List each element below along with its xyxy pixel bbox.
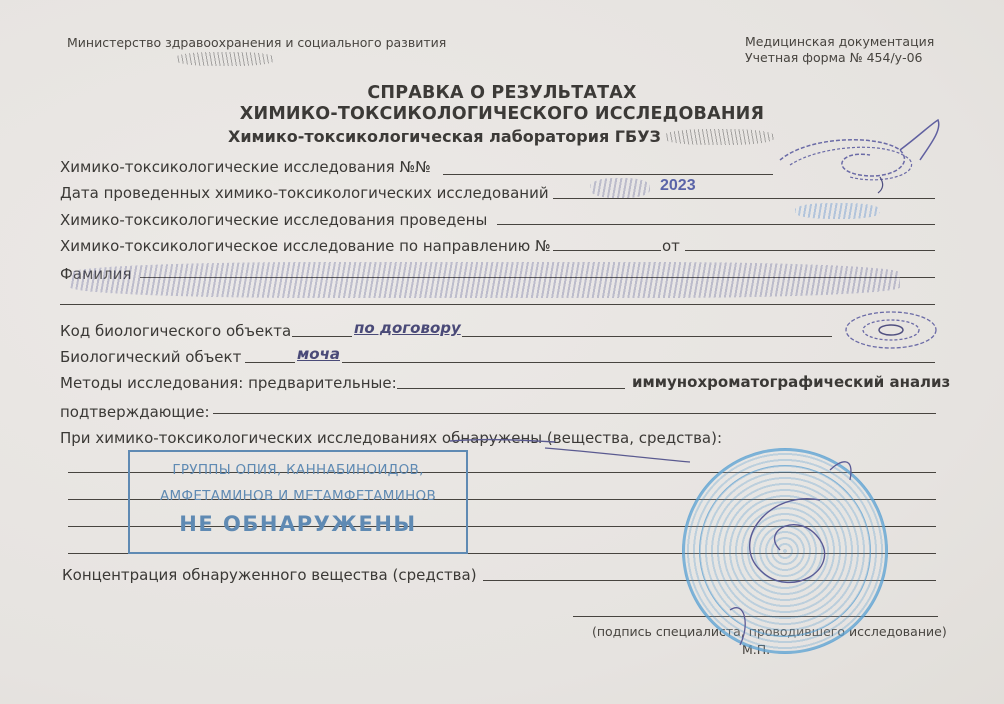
referral-number-field[interactable] bbox=[553, 250, 661, 251]
bio-object-code-field[interactable] bbox=[462, 336, 832, 337]
ministry-header: Министерство здравоохранения и социально… bbox=[67, 35, 446, 50]
research-numbers-field[interactable] bbox=[443, 174, 773, 175]
result-stamp-line3: НЕ ОБНАРУЖЕНЫ bbox=[130, 512, 466, 536]
result-stamp-line2: АМФЕТАМИНОВ И МЕТАМФЕТАМИНОВ bbox=[130, 488, 466, 504]
concentration-label: Концентрация обнаруженного вещества (сре… bbox=[62, 566, 477, 584]
research-numbers-label: Химико-токсикологические исследования №№ bbox=[60, 158, 431, 176]
redacted-scribble-top-right bbox=[770, 115, 950, 195]
bio-object-code-value: по договору bbox=[354, 319, 461, 337]
redacted-conducted-value bbox=[795, 203, 880, 219]
redacted-scribble-right bbox=[836, 300, 946, 360]
result-stamp-line1: ГРУППЫ ОПИЯ, КАННАБИНОИДОВ, bbox=[130, 462, 466, 478]
bio-object-code-field-prefix bbox=[292, 336, 352, 337]
conducted-field[interactable] bbox=[497, 224, 935, 225]
bio-object-field[interactable] bbox=[342, 362, 935, 363]
methods-preliminary-field[interactable] bbox=[397, 388, 625, 389]
document-title-line1: СПРАВКА О РЕЗУЛЬТАТАХ bbox=[0, 83, 1004, 103]
redacted-surname bbox=[70, 262, 900, 298]
bio-object-label: Биологический объект bbox=[60, 348, 241, 366]
bio-object-value: моча bbox=[297, 345, 340, 363]
research-date-year: 2023 bbox=[660, 177, 696, 195]
pen-stroke bbox=[445, 436, 695, 466]
redacted-region-ministry bbox=[175, 52, 275, 66]
document-page: Министерство здравоохранения и социально… bbox=[0, 0, 1004, 704]
lab-name: Химико-токсикологическая лаборатория ГБУ… bbox=[228, 127, 661, 146]
conducted-label: Химико-токсикологические исследования пр… bbox=[60, 211, 487, 229]
research-date-label: Дата проведенных химико-токсикологически… bbox=[60, 184, 549, 202]
bio-object-code-label: Код биологического объекта bbox=[60, 322, 291, 340]
research-date-field[interactable] bbox=[553, 198, 935, 199]
methods-confirming-field[interactable] bbox=[213, 413, 936, 414]
signature-scribble bbox=[690, 450, 870, 650]
methods-preliminary-label: Методы исследования: предварительные: bbox=[60, 374, 397, 392]
redacted-date-day-month bbox=[590, 178, 650, 198]
referral-date-field[interactable] bbox=[685, 250, 935, 251]
methods-preliminary-value: иммунохроматографический анализ bbox=[632, 373, 950, 391]
redacted-region-lab bbox=[664, 129, 774, 145]
surname-field-line2[interactable] bbox=[60, 304, 935, 305]
referral-from-label: от bbox=[662, 237, 680, 255]
form-number-label: Учетная форма № 454/у-06 bbox=[745, 50, 923, 65]
methods-confirming-label: подтверждающие: bbox=[60, 403, 210, 421]
bio-object-field-prefix bbox=[245, 362, 295, 363]
referral-label: Химико-токсикологическое исследование по… bbox=[60, 237, 551, 255]
result-stamp: ГРУППЫ ОПИЯ, КАННАБИНОИДОВ, АМФЕТАМИНОВ … bbox=[128, 450, 468, 554]
doc-type-label: Медицинская документация bbox=[745, 34, 934, 49]
